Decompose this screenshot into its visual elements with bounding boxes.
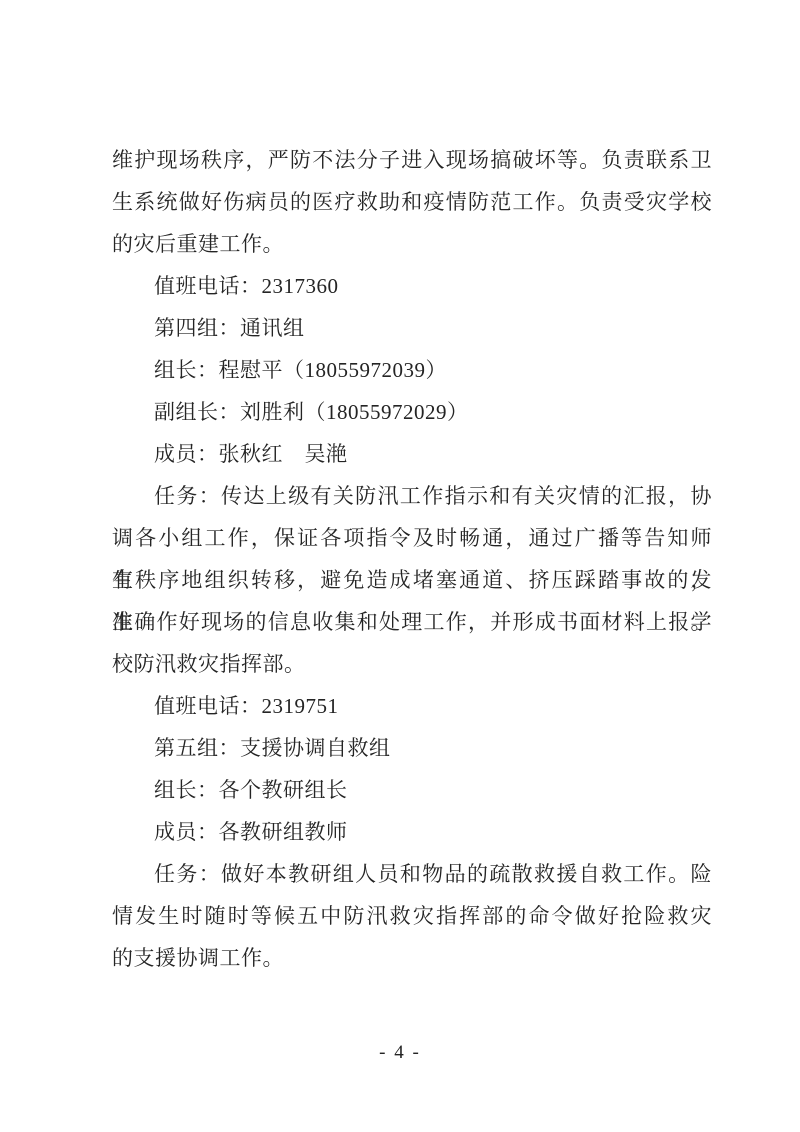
paragraph: 组长：各个教研组长 bbox=[112, 769, 712, 811]
text-line: 的支援协调工作。 bbox=[112, 937, 712, 979]
text-line: 值班电话：2319751 bbox=[112, 685, 712, 727]
text-line: 成员：各教研组教师 bbox=[112, 811, 712, 853]
paragraph: 值班电话：2319751 bbox=[112, 685, 712, 727]
text-line: 生系统做好伤病员的医疗救助和疫情防范工作。负责受灾学校 bbox=[112, 181, 712, 223]
page-number: - 4 - bbox=[0, 1032, 800, 1074]
text-line: 第五组：支援协调自救组 bbox=[112, 727, 712, 769]
text-line: 情发生时随时等候五中防汛救灾指挥部的命令做好抢险救灾 bbox=[112, 895, 712, 937]
text-line: 值班电话：2317360 bbox=[112, 265, 712, 307]
paragraph: 成员：张秋红 吴滟 bbox=[112, 433, 712, 475]
text-line: 成员：张秋红 吴滟 bbox=[112, 433, 712, 475]
text-line: 校防汛救灾指挥部。 bbox=[112, 643, 712, 685]
paragraph: 副组长：刘胜利（18055972029） bbox=[112, 391, 712, 433]
paragraph: 第四组：通讯组 bbox=[112, 307, 712, 349]
text-line: 任务：做好本教研组人员和物品的疏散救援自救工作。险 bbox=[112, 853, 712, 895]
text-line: 有秩序地组织转移，避免造成堵塞通道、挤压踩踏事故的发生。 bbox=[112, 559, 712, 601]
text-line: 调各小组工作，保证各项指令及时畅通，通过广播等告知师生， bbox=[112, 517, 712, 559]
text-line: 维护现场秩序，严防不法分子进入现场搞破坏等。负责联系卫 bbox=[112, 139, 712, 181]
text-line: 第四组：通讯组 bbox=[112, 307, 712, 349]
text-line: 的灾后重建工作。 bbox=[112, 223, 712, 265]
document-body: 维护现场秩序，严防不法分子进入现场搞破坏等。负责联系卫生系统做好伤病员的医疗救助… bbox=[112, 139, 712, 979]
text-line: 副组长：刘胜利（18055972029） bbox=[112, 391, 712, 433]
text-line: 组长：程慰平（18055972039） bbox=[112, 349, 712, 391]
paragraph: 组长：程慰平（18055972039） bbox=[112, 349, 712, 391]
paragraph: 任务：传达上级有关防汛工作指示和有关灾情的汇报，协调各小组工作，保证各项指令及时… bbox=[112, 475, 712, 685]
paragraph: 第五组：支援协调自救组 bbox=[112, 727, 712, 769]
paragraph: 任务：做好本教研组人员和物品的疏散救援自救工作。险情发生时随时等候五中防汛救灾指… bbox=[112, 853, 712, 979]
paragraph: 值班电话：2317360 bbox=[112, 265, 712, 307]
text-line: 组长：各个教研组长 bbox=[112, 769, 712, 811]
text-line: 任务：传达上级有关防汛工作指示和有关灾情的汇报，协 bbox=[112, 475, 712, 517]
paragraph: 成员：各教研组教师 bbox=[112, 811, 712, 853]
paragraph: 维护现场秩序，严防不法分子进入现场搞破坏等。负责联系卫生系统做好伤病员的医疗救助… bbox=[112, 139, 712, 265]
document-page: 维护现场秩序，严防不法分子进入现场搞破坏等。负责联系卫生系统做好伤病员的医疗救助… bbox=[0, 0, 800, 1132]
text-line: 准确作好现场的信息收集和处理工作，并形成书面材料上报学 bbox=[112, 601, 712, 643]
